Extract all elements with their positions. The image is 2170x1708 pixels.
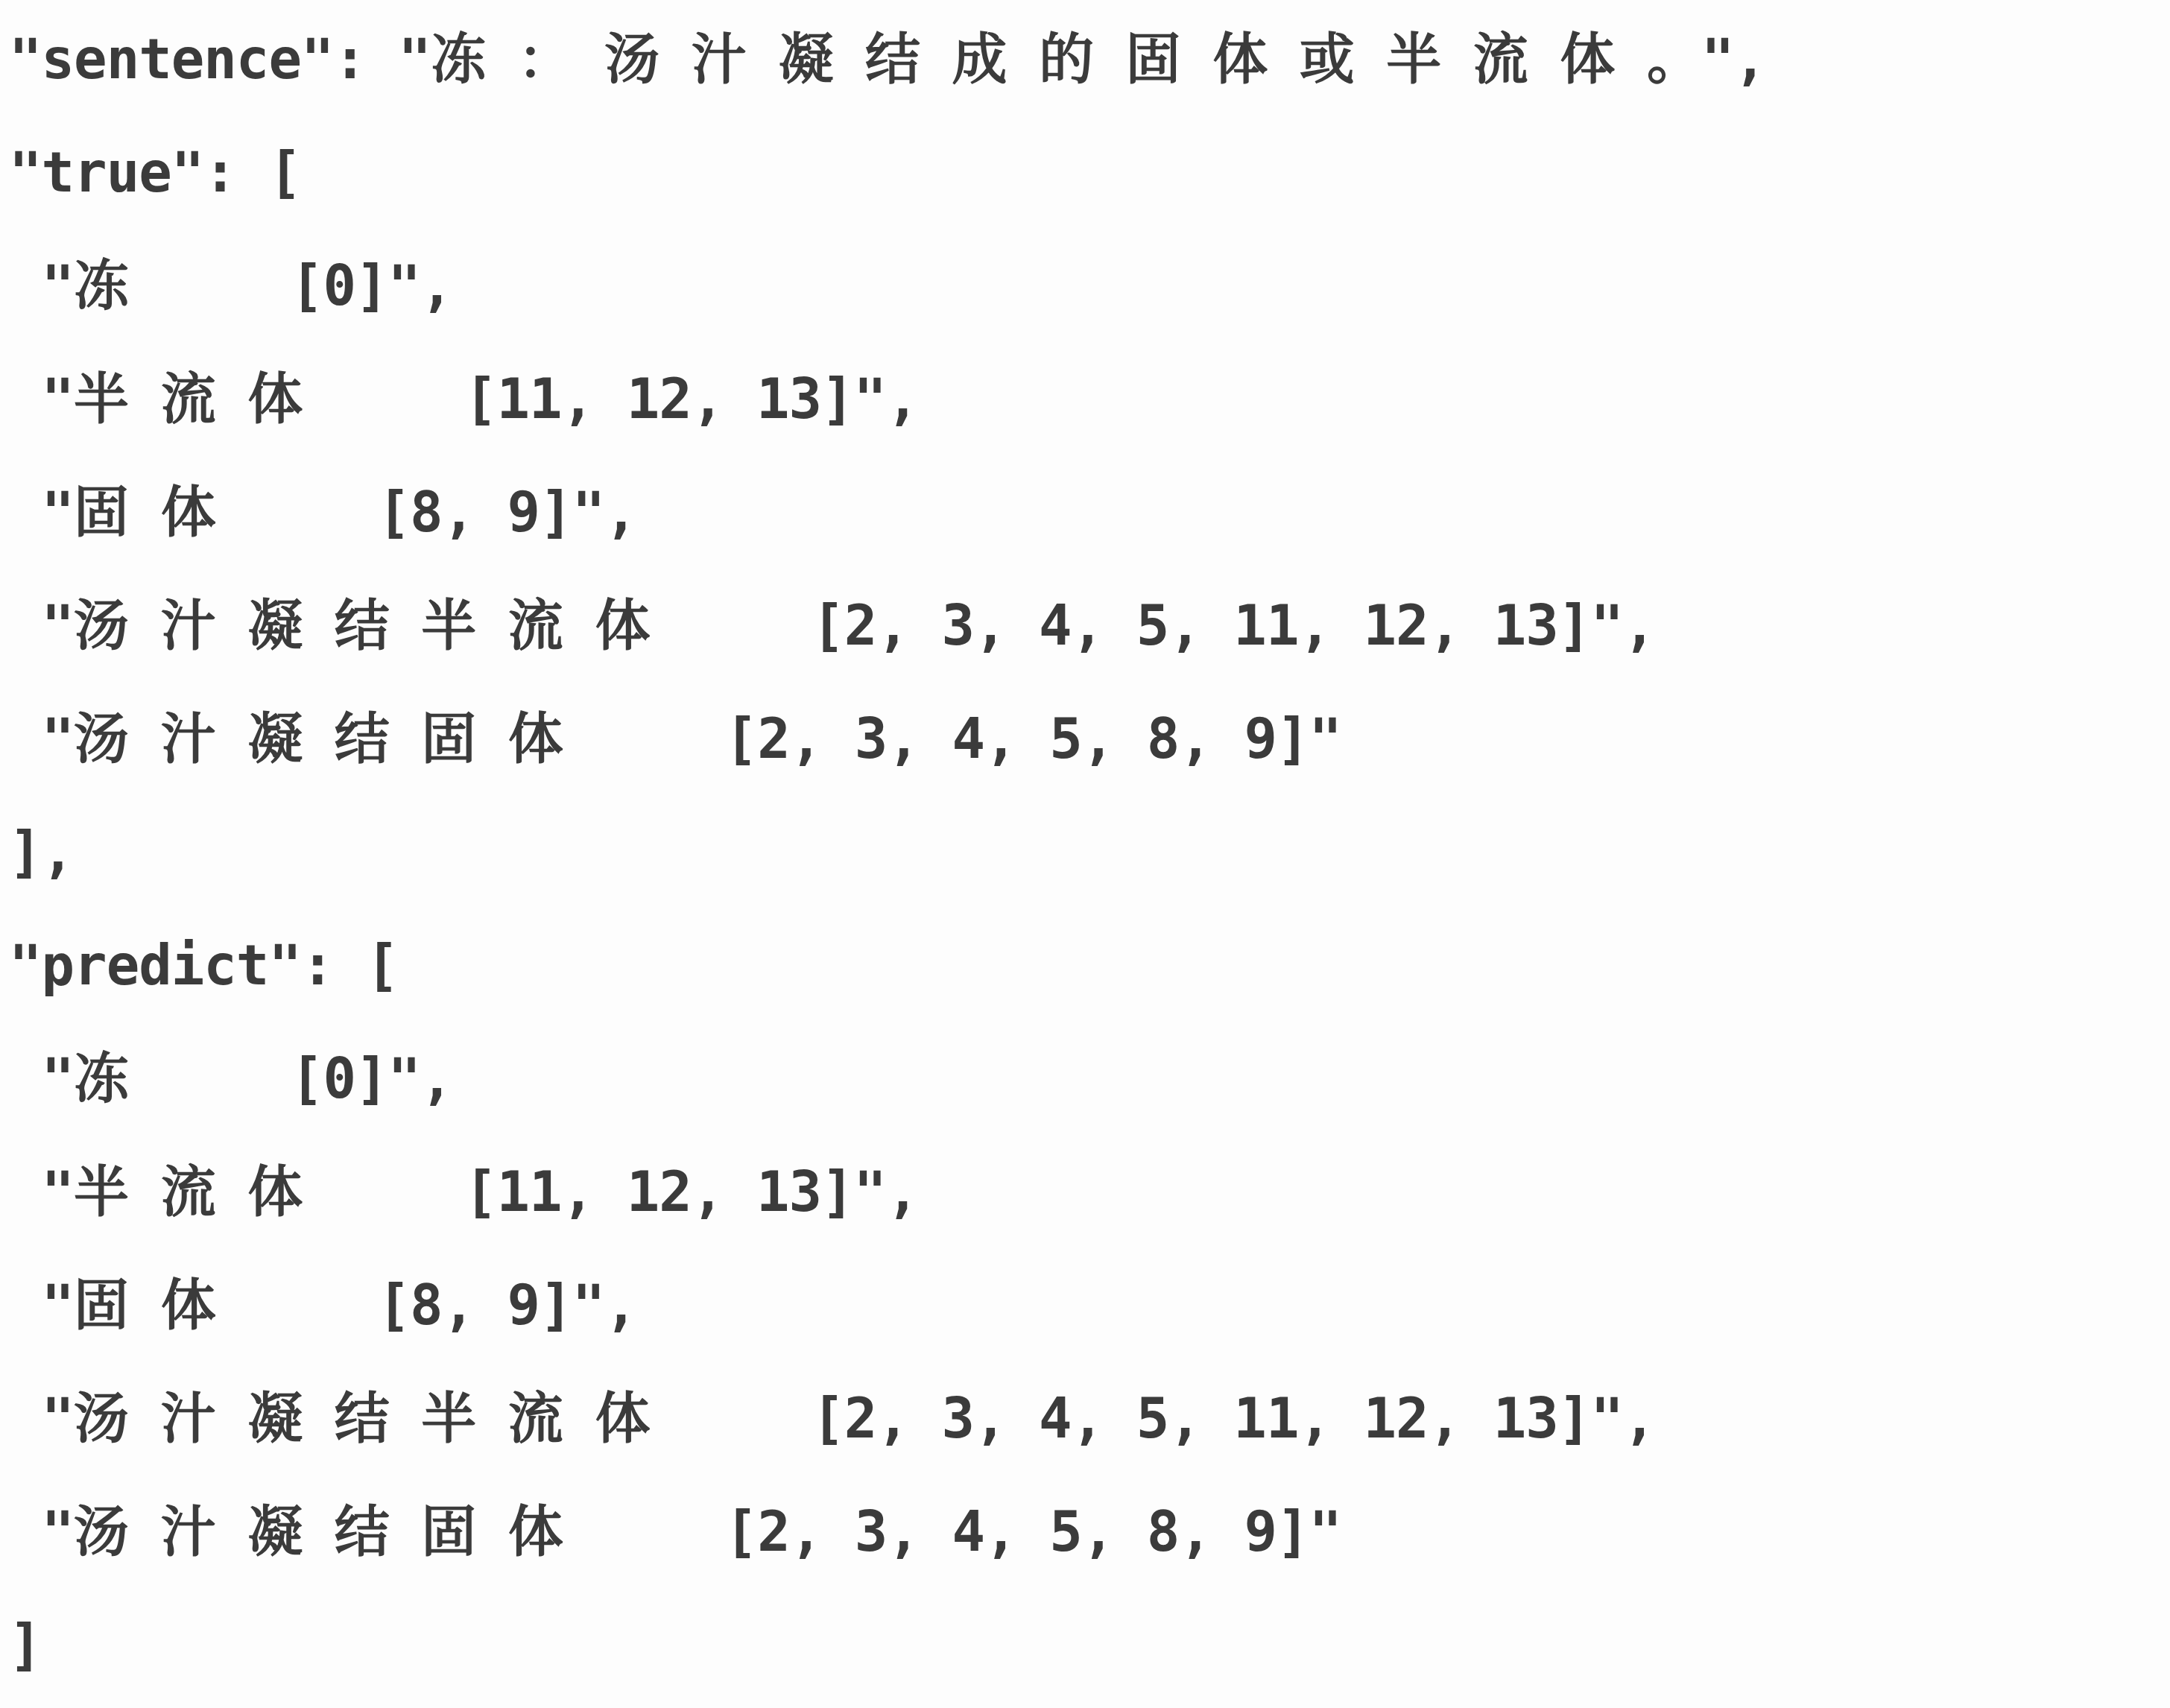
true-item-line: "冻 [0]", (9, 230, 2170, 343)
true-item-line: "半 流 体 [11, 12, 13]", (9, 343, 2170, 456)
predict-close-line: ] (9, 1589, 2170, 1702)
predict-item-line: "固 体 [8, 9]", (9, 1249, 2170, 1362)
predict-item-line: "汤 汁 凝 结 固 体 [2, 3, 4, 5, 8, 9]" (9, 1475, 2170, 1589)
true-key-line: "true": [ (9, 116, 2170, 230)
predict-item-line: "冻 [0]", (9, 1022, 2170, 1136)
predict-key-line: "predict": [ (9, 909, 2170, 1022)
json-snippet: "sentence": "冻 ： 汤 汁 凝 结 成 的 固 体 或 半 流 体… (0, 0, 2170, 1708)
true-item-line: "固 体 [8, 9]", (9, 456, 2170, 569)
true-item-line: "汤 汁 凝 结 半 流 体 [2, 3, 4, 5, 11, 12, 13]"… (9, 569, 2170, 683)
true-item-line: "汤 汁 凝 结 固 体 [2, 3, 4, 5, 8, 9]" (9, 683, 2170, 796)
true-close-line: ], (9, 796, 2170, 909)
predict-item-line: "半 流 体 [11, 12, 13]", (9, 1136, 2170, 1249)
predict-item-line: "汤 汁 凝 结 半 流 体 [2, 3, 4, 5, 11, 12, 13]"… (9, 1362, 2170, 1475)
sentence-line: "sentence": "冻 ： 汤 汁 凝 结 成 的 固 体 或 半 流 体… (9, 3, 2170, 116)
